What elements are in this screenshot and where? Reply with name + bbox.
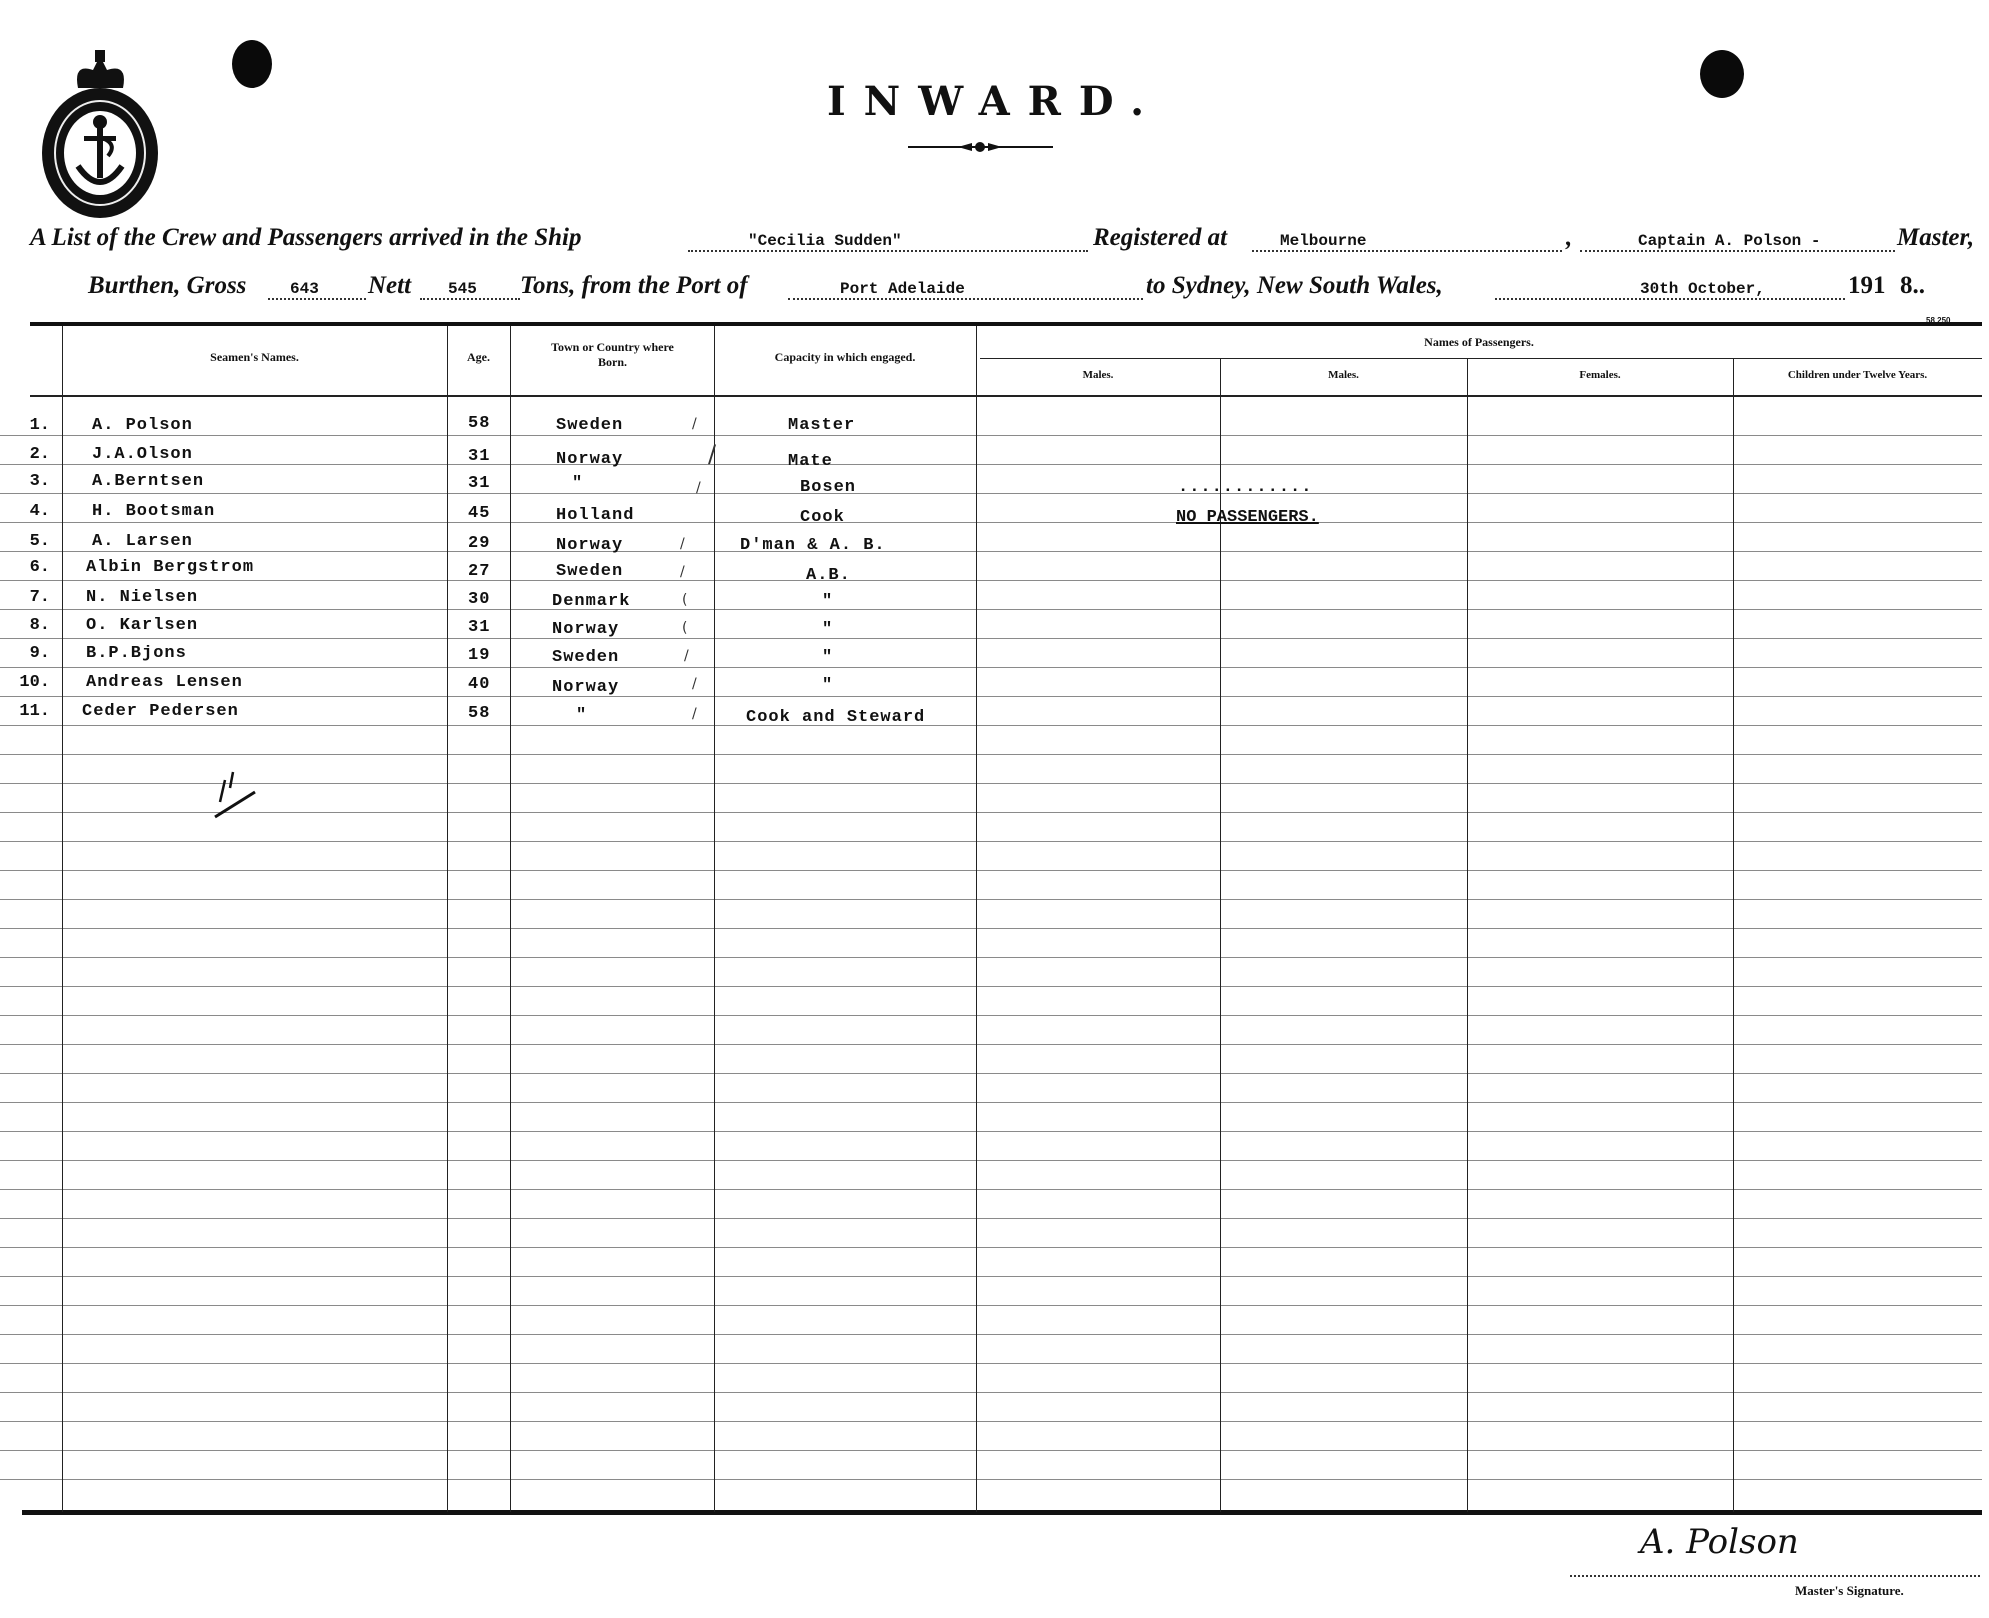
seaman-born: Norway [552,678,619,697]
seaman-capacity: Bosen [800,478,856,497]
seaman-age: 31 [468,474,490,493]
passenger-group-rule [980,358,1982,359]
anchor-crown-seal-icon [38,48,163,218]
seaman-age: 19 [468,646,490,665]
seaman-born: Norway [556,536,623,555]
seaman-born: Denmark [552,592,630,611]
handwritten-tally-mark-icon [210,760,265,820]
col-divider-number [62,326,63,1512]
ruled-line [0,1247,1982,1248]
check-mark-icon: / [684,648,689,664]
gross-dotted-line [268,298,366,300]
ruled-line [0,580,1982,581]
ruled-line [0,638,1982,639]
check-mark-icon: ( [682,620,687,636]
seaman-born: Sweden [556,416,623,435]
ruled-line [0,1015,1982,1016]
master-name-field: Captain A. Polson - [1638,232,1820,250]
ruled-line [0,1392,1982,1393]
check-mark-icon: / [708,440,716,468]
label-registered-at: Registered at [1093,224,1227,252]
ruled-line [0,928,1982,929]
seaman-name: H. Bootsman [92,502,215,521]
gross-tons-field: 643 [290,280,319,298]
row-number: 6. [10,558,50,577]
header-born: Town or Country where Born. [545,340,680,370]
ruled-line [0,609,1982,610]
seaman-name: N. Nielsen [86,588,198,607]
ruled-line [0,1334,1982,1335]
seaman-name: Albin Bergstrom [86,558,254,577]
ruled-line [0,464,1982,465]
label-nett: Nett [368,272,411,300]
seaman-capacity: " [822,676,833,695]
seaman-age: 30 [468,590,490,609]
master-dotted-line [1580,250,1895,252]
ruled-line [0,667,1982,668]
seaman-name: B.P.Bjons [86,644,187,663]
year-prefix: 191 [1848,272,1886,300]
row-number: 7. [10,588,50,607]
row-number: 9. [10,644,50,663]
ruled-line [0,493,1982,494]
check-mark-icon: / [680,564,685,580]
seaman-born: Norway [552,620,619,639]
seaman-age: 58 [468,414,490,433]
seaman-capacity: Master [788,416,855,435]
col-divider-age [510,326,511,1512]
header-males-1: Males. [976,368,1220,383]
table-top-rule [30,322,1982,326]
from-port-dotted-line [788,298,1143,300]
col-divider-males2 [1467,358,1468,1512]
seaman-age: 27 [468,562,490,581]
ruled-line [0,522,1982,523]
ruled-line [0,870,1982,871]
seaman-capacity: " [822,620,833,639]
ruled-line [0,1421,1982,1422]
check-mark-icon: / [692,676,697,692]
seaman-age: 29 [468,534,490,553]
ruled-line [0,1044,1982,1045]
date-field: 30th October, [1640,280,1765,298]
label-to-sydney: to Sydney, New South Wales, [1146,272,1443,300]
seaman-age: 31 [468,618,490,637]
col-divider-females [1733,358,1734,1512]
ruled-line [0,1189,1982,1190]
ruled-line [0,551,1982,552]
ruled-line [0,1450,1982,1451]
seaman-name: A. Polson [92,416,193,435]
row-number: 2. [10,445,50,464]
check-mark-icon: ( [682,592,687,608]
seaman-capacity: Cook and Steward [746,708,925,727]
ship-name-dotted-line [688,250,1088,252]
ruled-line [0,1131,1982,1132]
ruled-line [0,1102,1982,1103]
seaman-capacity: " [822,592,833,611]
ruled-line [0,957,1982,958]
label-burthen-gross: Burthen, Gross [88,272,246,300]
check-mark-icon: / [680,536,685,552]
title-flourish-divider [908,140,1053,154]
ruled-line [0,841,1982,842]
registered-dotted-line [1252,250,1562,252]
no-passengers-note: NO PASSENGERS. [1176,508,1319,527]
ruled-line [0,899,1982,900]
seaman-age: 40 [468,675,490,694]
seaman-name: A. Larsen [92,532,193,551]
ruled-line [0,696,1982,697]
header-females: Females. [1467,368,1733,383]
document-title: INWARD. [0,78,1989,125]
row-number: 10. [10,673,50,692]
seaman-born: Holland [556,506,634,525]
ruled-line [0,986,1982,987]
registered-at-field: Melbourne [1280,232,1366,250]
seaman-name: Ceder Pedersen [82,702,239,721]
seaman-capacity: Mate [788,452,833,471]
header-children: Children under Twelve Years. [1733,368,1982,383]
ruled-line [0,1276,1982,1277]
header-age: Age. [447,350,510,365]
ruled-line [0,1218,1982,1219]
row-number: 11. [10,702,50,721]
col-divider-born [714,326,715,1512]
signature-label: Master's Signature. [1795,1583,1904,1599]
check-mark-icon: / [692,706,697,722]
row-number: 3. [10,472,50,491]
seaman-age: 31 [468,447,490,466]
ruled-line [0,1160,1982,1161]
row-number: 8. [10,616,50,635]
header-males-2: Males. [1220,368,1467,383]
check-mark-icon: / [696,480,701,496]
ruled-line [0,725,1982,726]
seaman-name: A.Berntsen [92,472,204,491]
seaman-capacity: Cook [800,508,845,527]
year-suffix: 8.. [1900,272,1925,300]
seaman-name: O. Karlsen [86,616,198,635]
nett-dotted-line [420,298,520,300]
ruled-line [0,1479,1982,1480]
from-port-field: Port Adelaide [840,280,965,298]
ruled-line [0,435,1982,436]
seaman-born: Norway [556,450,623,469]
label-tons-from-port: Tons, from the Port of [520,272,748,300]
ruled-line [0,1363,1982,1364]
comma-separator: , [1566,224,1572,252]
seaman-age: 58 [468,704,490,723]
header-bottom-rule [30,395,1982,397]
row-number: 4. [10,502,50,521]
seaman-born: Sweden [552,648,619,667]
row-number: 1. [10,416,50,435]
col-divider-capacity [976,326,977,1512]
seaman-born: " [576,706,587,725]
row-number: 5. [10,532,50,551]
seaman-born: " [572,474,583,493]
label-crew-list: A List of the Crew and Passengers arrive… [30,224,581,252]
nett-tons-field: 545 [448,280,477,298]
seaman-capacity: A.B. [806,566,851,585]
ruled-line [0,1073,1982,1074]
col-divider-males1 [1220,358,1221,1512]
master-signature: A. Polson [1640,1522,1799,1562]
seaman-name: Andreas Lensen [86,673,243,692]
table-bottom-rule [22,1510,1982,1515]
ruled-line [0,783,1982,784]
seaman-age: 45 [468,504,490,523]
passengers-dots: ............ [1178,478,1312,497]
date-dotted-line [1495,298,1845,300]
ruled-line [0,754,1982,755]
header-passengers-group: Names of Passengers. [976,335,1982,350]
label-master: Master, [1897,224,1974,252]
ruled-line [0,1305,1982,1306]
seaman-capacity: D'man & A. B. [740,536,886,555]
signature-dotted-line [1570,1575,1980,1577]
ruled-line [0,812,1982,813]
seaman-capacity: " [822,648,833,667]
header-capacity: Capacity in which engaged. [714,350,976,365]
check-mark-icon: / [692,416,697,432]
seaman-born: Sweden [556,562,623,581]
ship-name-field: "Cecilia Sudden" [748,232,902,250]
col-divider-name [447,326,448,1512]
header-seamen-names: Seamen's Names. [62,350,447,365]
seaman-name: J.A.Olson [92,445,193,464]
